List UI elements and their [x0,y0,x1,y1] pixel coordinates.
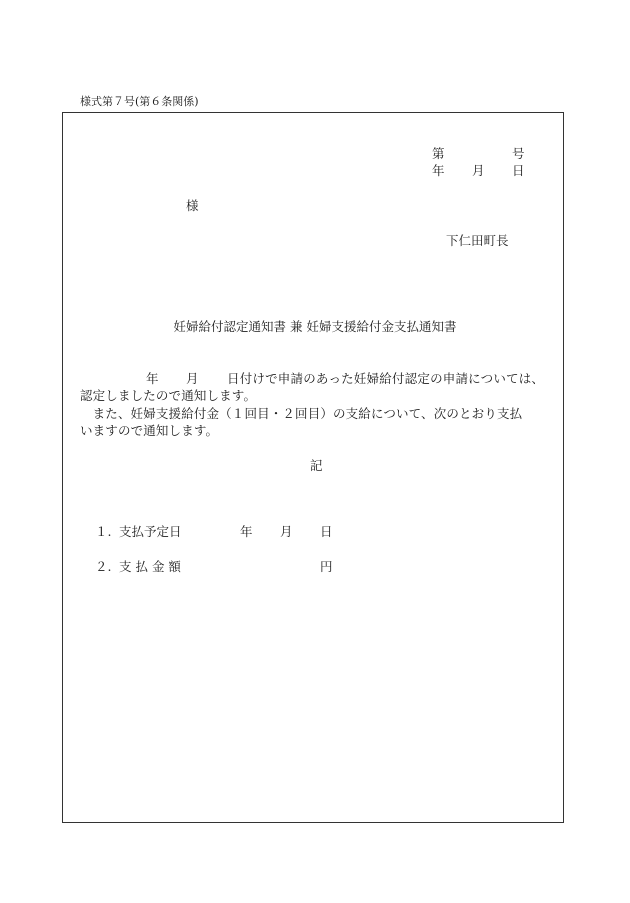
body-date-month: 月 [186,370,199,387]
ki-heading: 記 [310,457,323,474]
recipient-honorific: 様 [186,197,199,214]
item-1-month: 月 [280,523,293,540]
doc-number-suffix: 号 [512,145,525,162]
item-1-number: １. [95,523,111,540]
header-date-day: 日 [512,162,525,179]
issuer-name: 下仁田町長 [446,232,509,249]
form-number-label: 様式第７号(第６条関係) [80,94,199,110]
body-line-3: また、妊婦支援給付金（１回目・２回目）の支給について、次のとおり支払 [80,405,522,422]
item-2-unit: 円 [320,558,333,575]
body-line-1: 日付けで申請のあった妊婦給付認定の申請については、 [227,370,544,387]
body-date-year: 年 [146,370,159,387]
item-2-number: ２. [95,558,111,575]
header-date-month: 月 [472,162,485,179]
document-title: 妊婦給付認定通知書 兼 妊婦支援給付金支払通知書 [0,318,630,335]
item-1-label: 支払予定日 [119,523,182,540]
header-date-year: 年 [432,162,445,179]
doc-number-prefix: 第 [432,145,445,162]
item-1-day: 日 [320,523,333,540]
item-1-year: 年 [240,523,253,540]
item-2-label: 支 払 金 額 [119,558,181,575]
body-line-2: 認定しましたので通知します。 [80,387,256,404]
body-line-4: いますので通知します。 [80,422,218,439]
